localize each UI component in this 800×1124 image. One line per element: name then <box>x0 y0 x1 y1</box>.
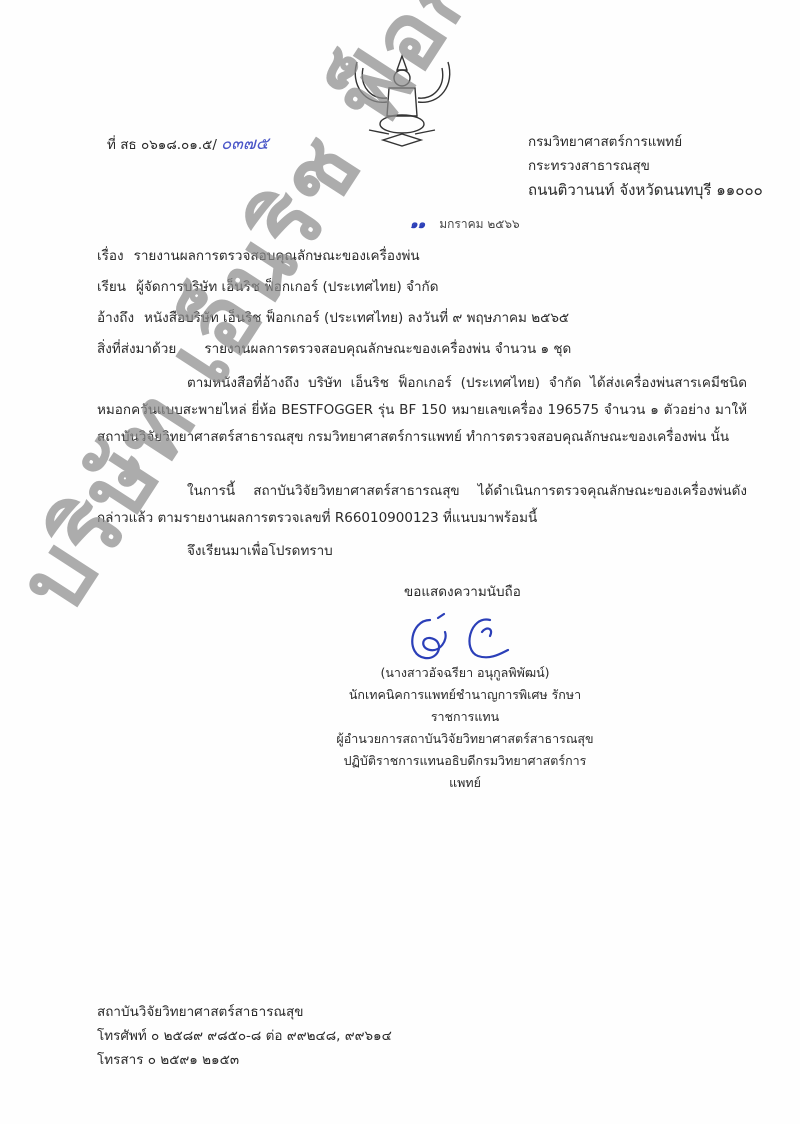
org-address: ถนนติวานนท์ จังหวัดนนทบุรี ๑๑๐๐๐ <box>528 178 763 202</box>
reference-handwritten: ๐๓๗๕ <box>221 134 269 154</box>
field-value: รายงานผลการตรวจสอบคุณลักษณะของเครื่องพ่น… <box>204 341 571 357</box>
signatory-block: (นางสาวอัจฉรียา อนุกูลพิพัฒน์) นักเทคนิค… <box>330 662 600 794</box>
field-label: สิ่งที่ส่งมาด้วย <box>97 337 176 359</box>
document-page: ที่ สธ ๐๖๑๘.๐๑.๕/๐๓๗๕ กรมวิทยาศาสตร์การแ… <box>0 0 800 1124</box>
body-paragraph-3: จึงเรียนมาเพื่อโปรดทราบ <box>97 538 747 565</box>
field-to: เรียนผู้จัดการบริษัท เอ็นริช ฟ็อกเกอร์ (… <box>97 275 438 297</box>
field-subject: เรื่องรายงานผลการตรวจสอบคุณลักษณะของเครื… <box>97 244 420 266</box>
field-label: เรียน <box>97 275 126 297</box>
sender-organization: กรมวิทยาศาสตร์การแพทย์ กระทรวงสาธารณสุข … <box>528 130 763 202</box>
body-paragraph-1: ตามหนังสือที่อ้างถึง บริษัท เอ็นริช ฟ็อก… <box>97 370 747 451</box>
field-value: หนังสือบริษัท เอ็นริช ฟ็อกเกอร์ (ประเทศไ… <box>144 310 569 326</box>
body-paragraph-2: ในการนี้ สถาบันวิจัยวิทยาศาสตร์สาธารณสุข… <box>97 478 747 532</box>
footer-department: สถาบันวิจัยวิทยาศาสตร์สาธารณสุข <box>97 1000 392 1024</box>
org-line: กระทรวงสาธารณสุข <box>528 154 763 178</box>
field-value: ผู้จัดการบริษัท เอ็นริช ฟ็อกเกอร์ (ประเท… <box>136 279 438 295</box>
field-label: อ้างถึง <box>97 306 134 328</box>
reference-prefix: ที่ สธ ๐๖๑๘.๐๑.๕/ <box>107 137 217 153</box>
date-stamp: มกราคม ๒๕๖๖ <box>439 217 519 231</box>
contact-footer: สถาบันวิจัยวิทยาศาสตร์สาธารณสุข โทรศัพท์… <box>97 1000 392 1072</box>
footer-fax: โทรสาร ๐ ๒๕๙๑ ๒๑๕๓ <box>97 1048 392 1072</box>
footer-phone: โทรศัพท์ ๐ ๒๕๘๙ ๙๘๕๐-๘ ต่อ ๙๙๒๔๘, ๙๙๖๑๔ <box>97 1024 392 1048</box>
document-date: ๑๑มกราคม ๒๕๖๖ <box>410 215 520 234</box>
document-reference-number: ที่ สธ ๐๖๑๘.๐๑.๕/๐๓๗๕ <box>107 130 269 157</box>
signatory-name: (นางสาวอัจฉรียา อนุกูลพิพัฒน์) <box>330 662 600 684</box>
date-handwritten: ๑๑ <box>410 217 425 231</box>
signatory-title: ปฏิบัติราชการแทนอธิบดีกรมวิทยาศาสตร์การแ… <box>330 750 600 794</box>
field-reference: อ้างถึงหนังสือบริษัท เอ็นริช ฟ็อกเกอร์ (… <box>97 306 569 328</box>
signature-icon <box>400 610 520 665</box>
org-line: กรมวิทยาศาสตร์การแพทย์ <box>528 130 763 154</box>
field-label: เรื่อง <box>97 244 124 266</box>
closing-phrase: ขอแสดงความนับถือ <box>404 580 521 602</box>
field-enclosure: สิ่งที่ส่งมาด้วยรายงานผลการตรวจสอบคุณลัก… <box>97 337 571 359</box>
field-value: รายงานผลการตรวจสอบคุณลักษณะของเครื่องพ่น <box>134 248 420 264</box>
signatory-title: ผู้อำนวยการสถาบันวิจัยวิทยาศาสตร์สาธารณส… <box>330 728 600 750</box>
signatory-title: นักเทคนิคการแพทย์ชำนาญการพิเศษ รักษาราชก… <box>330 684 600 728</box>
garuda-emblem-icon <box>345 50 460 150</box>
